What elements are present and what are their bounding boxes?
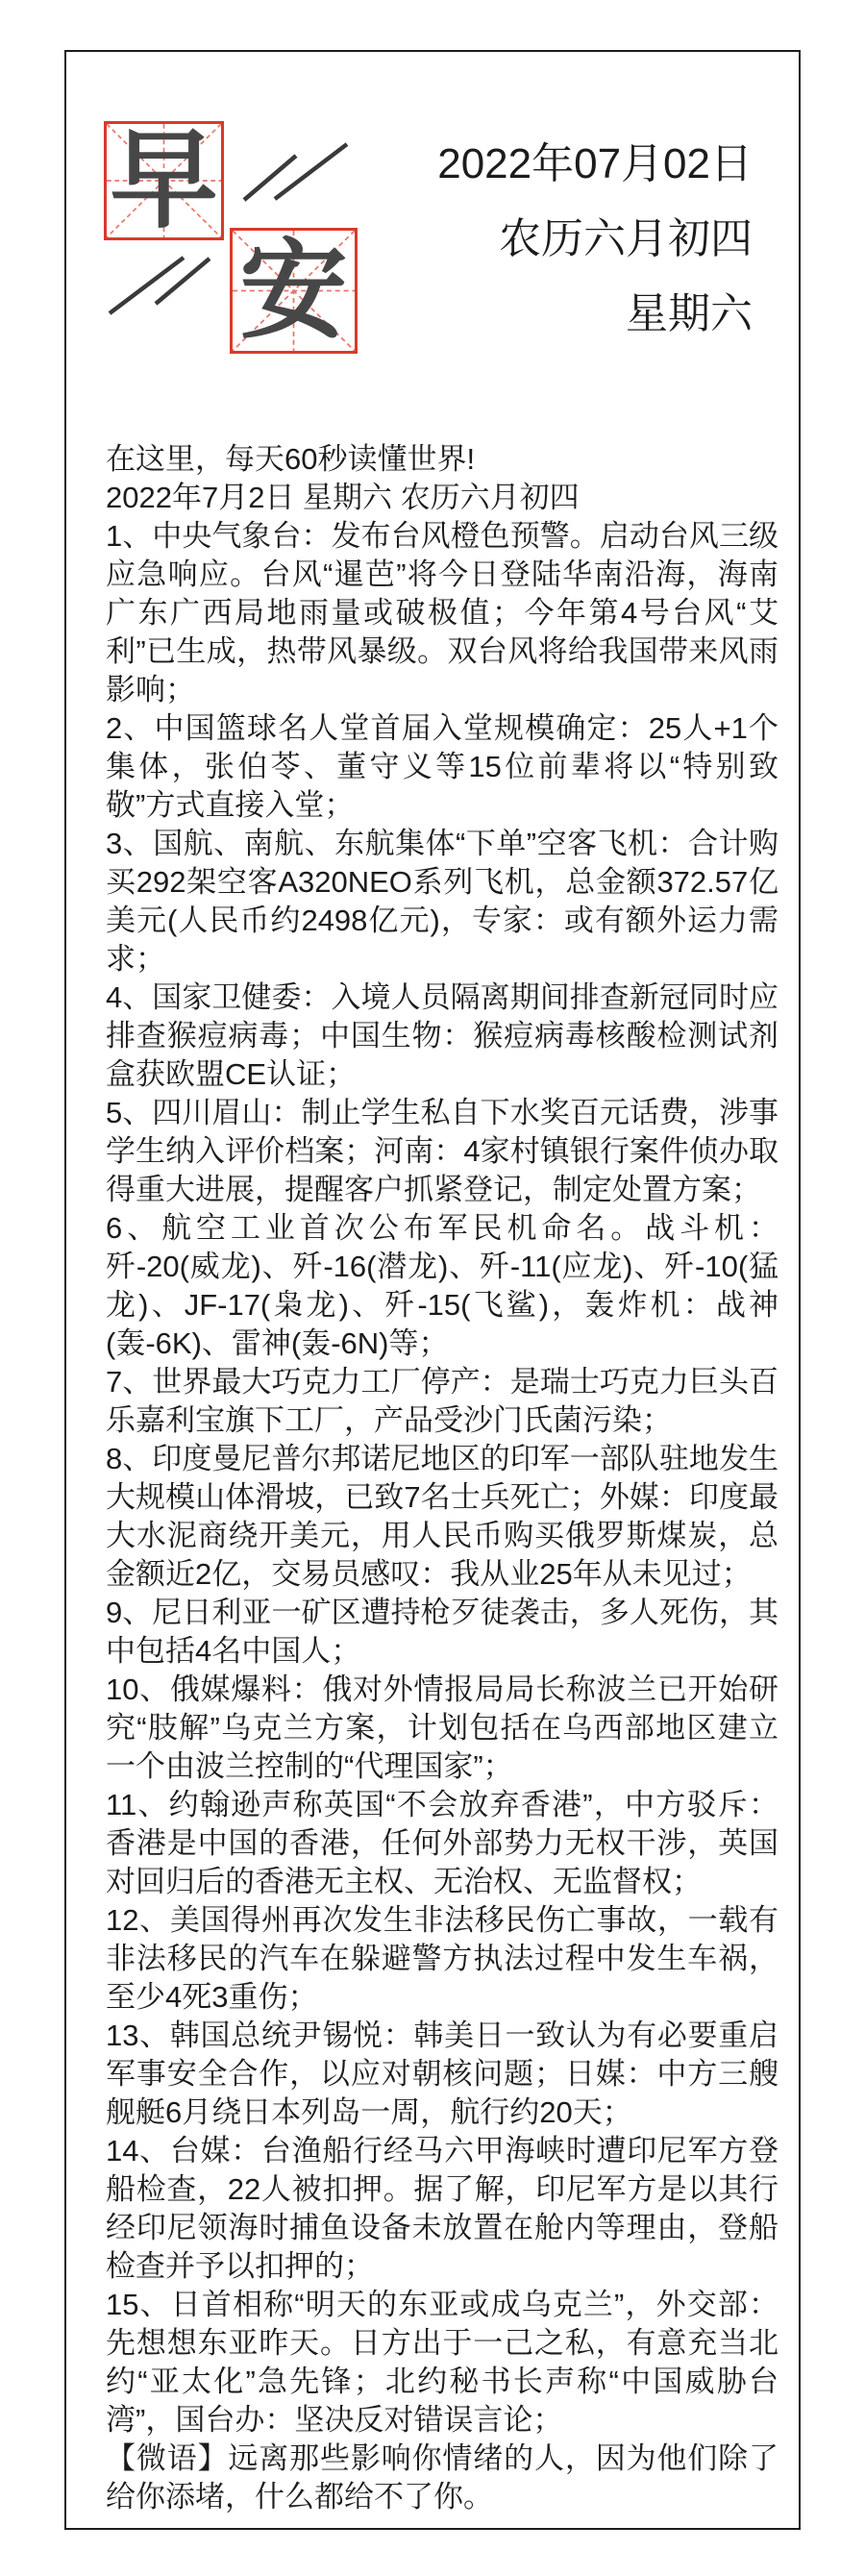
intro-line: 在这里，每天60秒读懂世界!: [106, 440, 778, 479]
news-item-14: 14、台媒：台渔船行经马六甲海峡时遭印尼军方登船检查，22人被扣押。据了解，印尼…: [106, 2132, 778, 2286]
news-item-3: 3、国航、南航、东航集体“下单”空客飞机：合计购买292架空客A320NEO系列…: [106, 825, 778, 978]
greeting-char-an: 安: [233, 231, 355, 351]
date-lunar: 农历六月初四: [437, 202, 753, 277]
calligraphy-box-an: 安: [230, 228, 358, 354]
date-weekday: 星期六: [437, 277, 753, 352]
news-item-13: 13、韩国总统尹锡悦：韩美日一致认为有必要重启军事安全合作，以应对朝核问题；日媒…: [106, 2017, 778, 2132]
news-item-11: 11、约翰逊声称英国“不会放弃香港”，中方驳斥：香港是中国的香港，任何外部势力无…: [106, 1786, 778, 1901]
news-item-6: 6、航空工业首次公布军民机命名。战斗机：歼-20(威龙)、歼-16(潜龙)、歼-…: [106, 1209, 778, 1363]
news-item-7: 7、世界最大巧克力工厂停产：是瑞士巧克力巨头百乐嘉利宝旗下工厂，产品受沙门氏菌污…: [106, 1363, 778, 1440]
news-item-12: 12、美国得州再次发生非法移民伤亡事故，一载有非法移民的汽车在躲避警方执法过程中…: [106, 1901, 778, 2017]
greeting-char-zao: 早: [107, 124, 221, 237]
news-item-5: 5、四川眉山：制止学生私自下水奖百元话费，涉事学生纳入评价档案；河南：4家村镇银…: [106, 1094, 778, 1209]
news-item-2: 2、中国篮球名人堂首届入堂规模确定：25人+1个集体，张伯苓、董守义等15位前辈…: [106, 709, 778, 825]
slash-marks-icon: [240, 139, 356, 207]
news-item-9: 9、尼日利亚一矿区遭持枪歹徒袭击，多人死伤，其中包括4名中国人；: [106, 1594, 778, 1671]
news-item-10: 10、俄媒爆料：俄对外情报局局长称波兰已开始研究“肢解”乌克兰方案，计划包括在乌…: [106, 1671, 778, 1786]
date-block: 2022年07月02日 农历六月初四 星期六: [437, 127, 753, 352]
date-gregorian: 2022年07月02日: [437, 127, 753, 202]
news-body: 在这里，每天60秒读懂世界! 2022年7月2日 星期六 农历六月初四 1、中央…: [106, 440, 778, 2516]
news-item-4: 4、国家卫健委：入境人员隔离期间排查新冠同时应排查猴痘病毒；中国生物：猴痘病毒核…: [106, 978, 778, 1094]
calligraphy-box-zao: 早: [104, 121, 224, 240]
date-heading-line: 2022年7月2日 星期六 农历六月初四: [106, 479, 778, 517]
morning-news-page: 早 安 2022年07月02日 农历六月初四 星期六 在这: [0, 0, 865, 2576]
weiyu-quote: 【微语】远离那些影响你情绪的人，因为他们除了给你添堵，什么都给不了你。: [106, 2440, 778, 2516]
news-item-15: 15、日首相称“明天的东亚或成乌克兰”，外交部：先想想东亚昨天。日方出于一己之私…: [106, 2286, 778, 2440]
slash-marks-icon: [106, 254, 216, 321]
news-item-1: 1、中央气象台：发布台风橙色预警。启动台风三级应急响应。台风“暹芭”将今日登陆华…: [106, 517, 778, 709]
news-item-8: 8、印度曼尼普尔邦诺尼地区的印军一部队驻地发生大规模山体滑坡，已致7名士兵死亡；…: [106, 1440, 778, 1594]
